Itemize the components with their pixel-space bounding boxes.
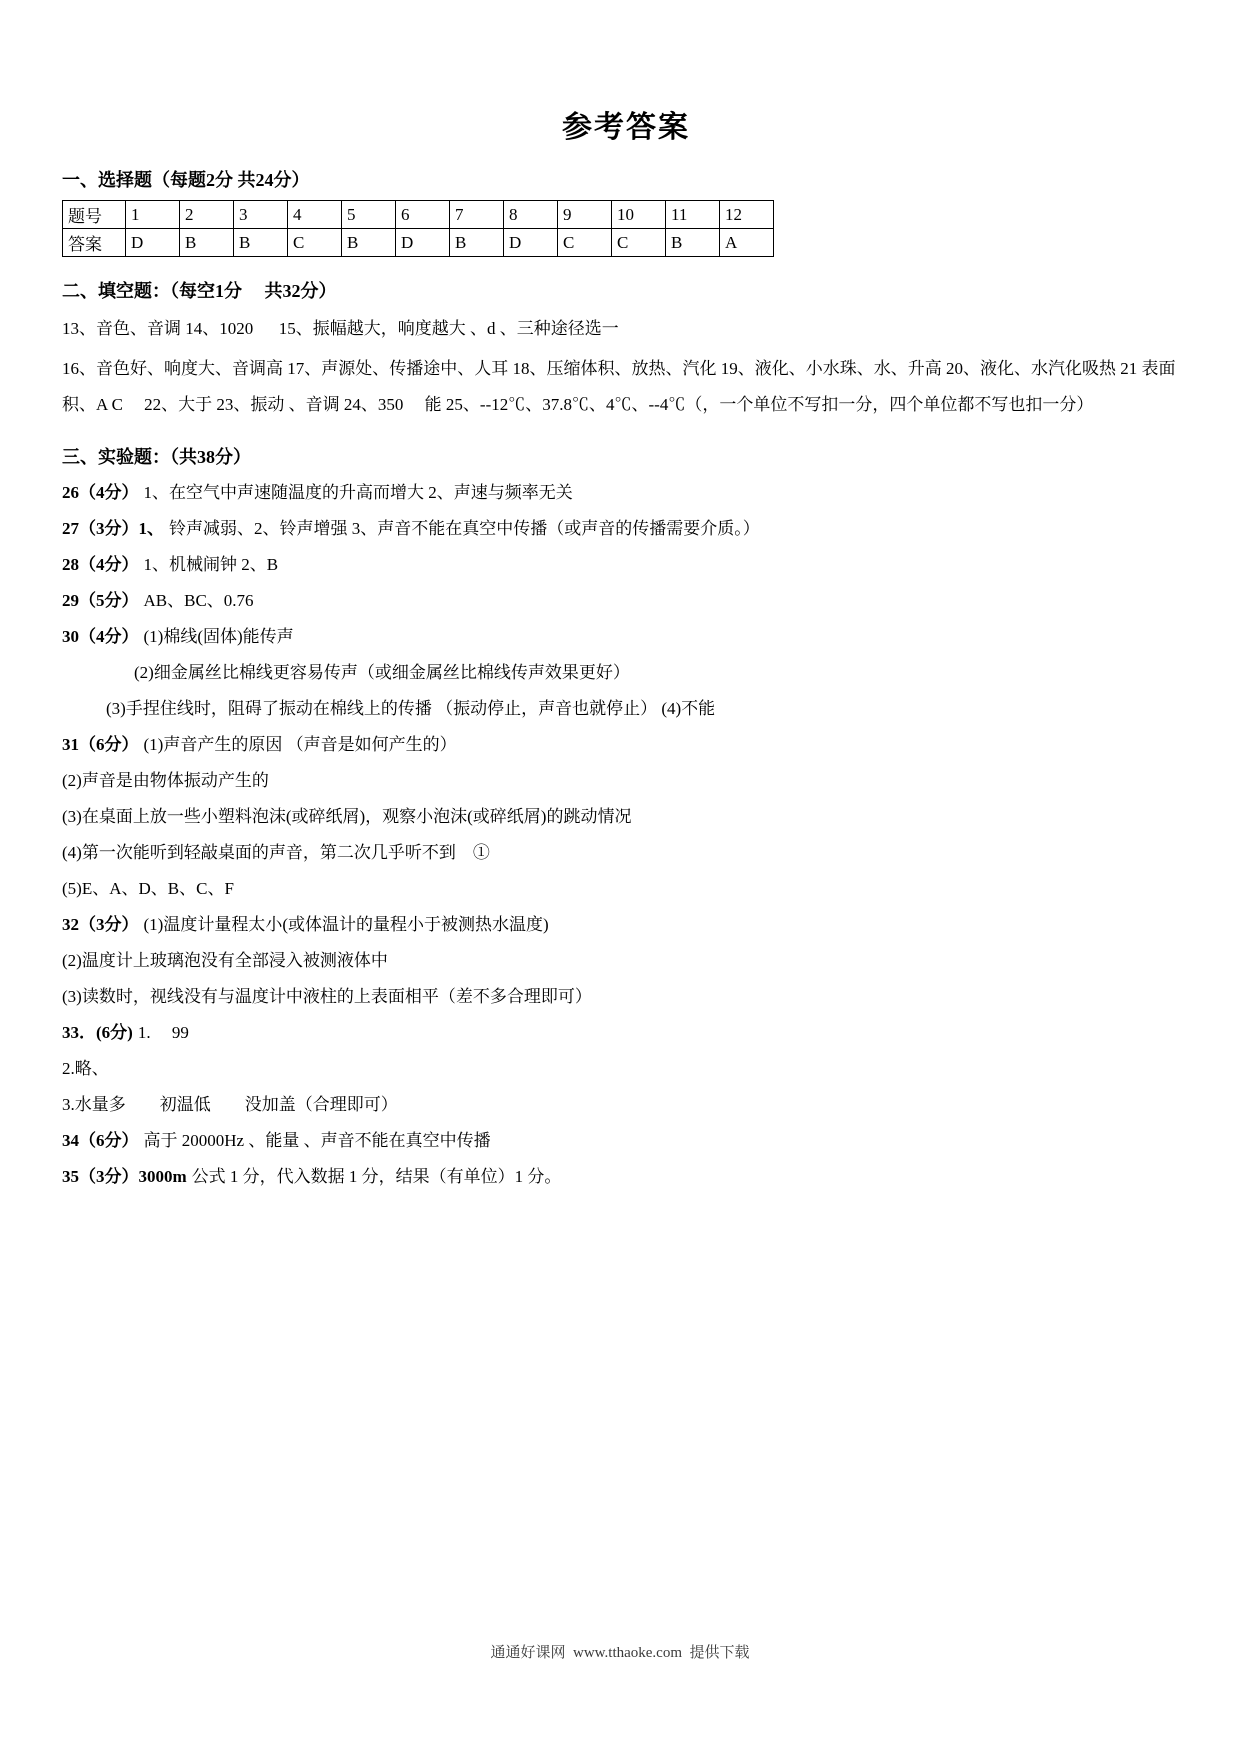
item-text: (2)声音是由物体振动产生的	[62, 771, 269, 790]
document-content: 参考答案 一、选择题（每题2分 共24分） 题号 1 2 3 4 5 6 7 8…	[0, 102, 1240, 1189]
item-label: 28（4分）	[62, 555, 139, 574]
answer-value: B	[234, 229, 288, 257]
item-text: 公式 1 分，代入数据 1 分，结果（有单位）1 分。	[192, 1167, 562, 1186]
answer-item-28: 28（4分）1、机械闹钟 2、B	[62, 553, 1190, 577]
answer-item-32-3: (3)读数时，视线没有与温度计中液柱的上表面相平（差不多合理即可）	[62, 985, 1190, 1009]
answer-item-32-2: (2)温度计上玻璃泡没有全部浸入被测液体中	[62, 949, 1190, 973]
answer-item-33-2: 2.略、	[62, 1057, 1190, 1081]
answer-item-31-1: 31（6分）(1)声音产生的原因 （声音是如何产生的）	[62, 733, 1190, 757]
answer-value: D	[396, 229, 450, 257]
question-number: 12	[720, 201, 774, 229]
answer-value: C	[288, 229, 342, 257]
answer-item-34: 34（6分）高于 20000Hz 、能量 、声音不能在真空中传播	[62, 1129, 1190, 1153]
item-text: 铃声减弱、2、铃声增强 3、声音不能在真空中传播（或声音的传播需要介质。）	[169, 519, 760, 538]
footer-download-credit: 通通好课网 www.tthaoke.com 提供下载	[0, 1641, 1240, 1662]
item-text: (3)手捏住线时，阻碍了振动在棉线上的传播 （振动停止，声音也就停止） (4)不…	[106, 699, 715, 718]
item-text: (1)温度计量程太小(或体温计的量程小于被测热水温度)	[144, 915, 549, 934]
item-label: 29（5分）	[62, 591, 139, 610]
fill-blank-line-16-25: 16、音色好、响度大、音调高 17、声源处、传播途中、人耳 18、压缩体积、放热…	[62, 351, 1190, 423]
item-text: (4)第一次能听到轻敲桌面的声音，第二次几乎听不到 ①	[62, 843, 490, 862]
table-header-answer: 答案	[63, 229, 126, 257]
table-row-answers: 答案 D B B C B D B D C C B A	[63, 229, 774, 257]
item-text: (5)E、A、D、B、C、F	[62, 879, 234, 898]
fill-blank-line-13-15: 13、音色、音调 14、1020 15、振幅越大，响度越大 、d 、三种途径选一	[62, 316, 1190, 341]
answer-value: B	[450, 229, 504, 257]
item-text: 2.略、	[62, 1059, 109, 1078]
question-number: 5	[342, 201, 396, 229]
answer-value: D	[504, 229, 558, 257]
table-row-numbers: 题号 1 2 3 4 5 6 7 8 9 10 11 12	[63, 201, 774, 229]
answer-value: C	[558, 229, 612, 257]
page-title: 参考答案	[62, 102, 1190, 146]
section-heading-experiment: 三、实验题：（共38分）	[62, 443, 1190, 469]
answer-item-31-3: (3)在桌面上放一些小塑料泡沫(或碎纸屑)，观察小泡沫(或碎纸屑)的跳动情况	[62, 805, 1190, 829]
item-label: 30（4分）	[62, 627, 139, 646]
experiment-answers: 26（4分）1、在空气中声速随温度的升高而增大 2、声速与频率无关 27（3分）…	[62, 481, 1190, 1189]
item-text: 1. 99	[138, 1023, 189, 1042]
answer-item-30-3: (3)手捏住线时，阻碍了振动在棉线上的传播 （振动停止，声音也就停止） (4)不…	[62, 697, 1190, 721]
item-text: 高于 20000Hz 、能量 、声音不能在真空中传播	[144, 1131, 491, 1150]
item-label: 35（3分）3000m	[62, 1167, 187, 1186]
item-text: (3)读数时，视线没有与温度计中液柱的上表面相平（差不多合理即可）	[62, 987, 592, 1006]
answer-value: B	[180, 229, 234, 257]
table-header-question-no: 题号	[63, 201, 126, 229]
answer-item-27: 27（3分）1、铃声减弱、2、铃声增强 3、声音不能在真空中传播（或声音的传播需…	[62, 517, 1190, 541]
question-number: 3	[234, 201, 288, 229]
question-number: 2	[180, 201, 234, 229]
answer-item-30-2: (2)细金属丝比棉线更容易传声（或细金属丝比棉线传声效果更好）	[62, 661, 1190, 685]
item-text: AB、BC、0.76	[144, 591, 254, 610]
answer-item-31-2: (2)声音是由物体振动产生的	[62, 769, 1190, 793]
item-label: 33．(6分)	[62, 1023, 133, 1042]
answer-value: A	[720, 229, 774, 257]
question-number: 4	[288, 201, 342, 229]
item-label: 34（6分）	[62, 1131, 139, 1150]
answer-item-33-3: 3.水量多 初温低 没加盖（合理即可）	[62, 1093, 1190, 1117]
item-text: (1)声音产生的原因 （声音是如何产生的）	[144, 735, 457, 754]
answer-value: C	[612, 229, 666, 257]
item-text: 1、机械闹钟 2、B	[144, 555, 279, 574]
item-label: 32（3分）	[62, 915, 139, 934]
answer-value: B	[666, 229, 720, 257]
answer-value: D	[126, 229, 180, 257]
answer-value: B	[342, 229, 396, 257]
item-label: 31（6分）	[62, 735, 139, 754]
question-number: 7	[450, 201, 504, 229]
item-text: (1)棉线(固体)能传声	[144, 627, 294, 646]
item-text: (3)在桌面上放一些小塑料泡沫(或碎纸屑)，观察小泡沫(或碎纸屑)的跳动情况	[62, 807, 631, 826]
answer-item-31-5: (5)E、A、D、B、C、F	[62, 877, 1190, 901]
item-text: 1、在空气中声速随温度的升高而增大 2、声速与频率无关	[144, 483, 573, 502]
document-page: 参考答案 一、选择题（每题2分 共24分） 题号 1 2 3 4 5 6 7 8…	[0, 0, 1240, 1754]
answer-item-30-1: 30（4分）(1)棉线(固体)能传声	[62, 625, 1190, 649]
section-heading-fill-blank: 二、填空题：（每空1分 共32分）	[62, 277, 1190, 303]
item-text: (2)温度计上玻璃泡没有全部浸入被测液体中	[62, 951, 388, 970]
choice-answer-table: 题号 1 2 3 4 5 6 7 8 9 10 11 12 答案 D B B C…	[62, 200, 774, 257]
item-text: 3.水量多 初温低 没加盖（合理即可）	[62, 1095, 398, 1114]
answer-item-29: 29（5分）AB、BC、0.76	[62, 589, 1190, 613]
answer-item-31-4: (4)第一次能听到轻敲桌面的声音，第二次几乎听不到 ①	[62, 841, 1190, 865]
question-number: 10	[612, 201, 666, 229]
answer-item-32-1: 32（3分）(1)温度计量程太小(或体温计的量程小于被测热水温度)	[62, 913, 1190, 937]
item-label: 26（4分）	[62, 483, 139, 502]
question-number: 1	[126, 201, 180, 229]
answer-item-26: 26（4分）1、在空气中声速随温度的升高而增大 2、声速与频率无关	[62, 481, 1190, 505]
answer-item-35: 35（3分）3000m公式 1 分，代入数据 1 分，结果（有单位）1 分。	[62, 1165, 1190, 1189]
item-label: 27（3分）1、	[62, 519, 164, 538]
question-number: 9	[558, 201, 612, 229]
item-text: (2)细金属丝比棉线更容易传声（或细金属丝比棉线传声效果更好）	[134, 663, 630, 682]
section-heading-choice: 一、选择题（每题2分 共24分）	[62, 166, 1190, 192]
answer-item-33-1: 33．(6分)1. 99	[62, 1021, 1190, 1045]
question-number: 6	[396, 201, 450, 229]
question-number: 8	[504, 201, 558, 229]
question-number: 11	[666, 201, 720, 229]
